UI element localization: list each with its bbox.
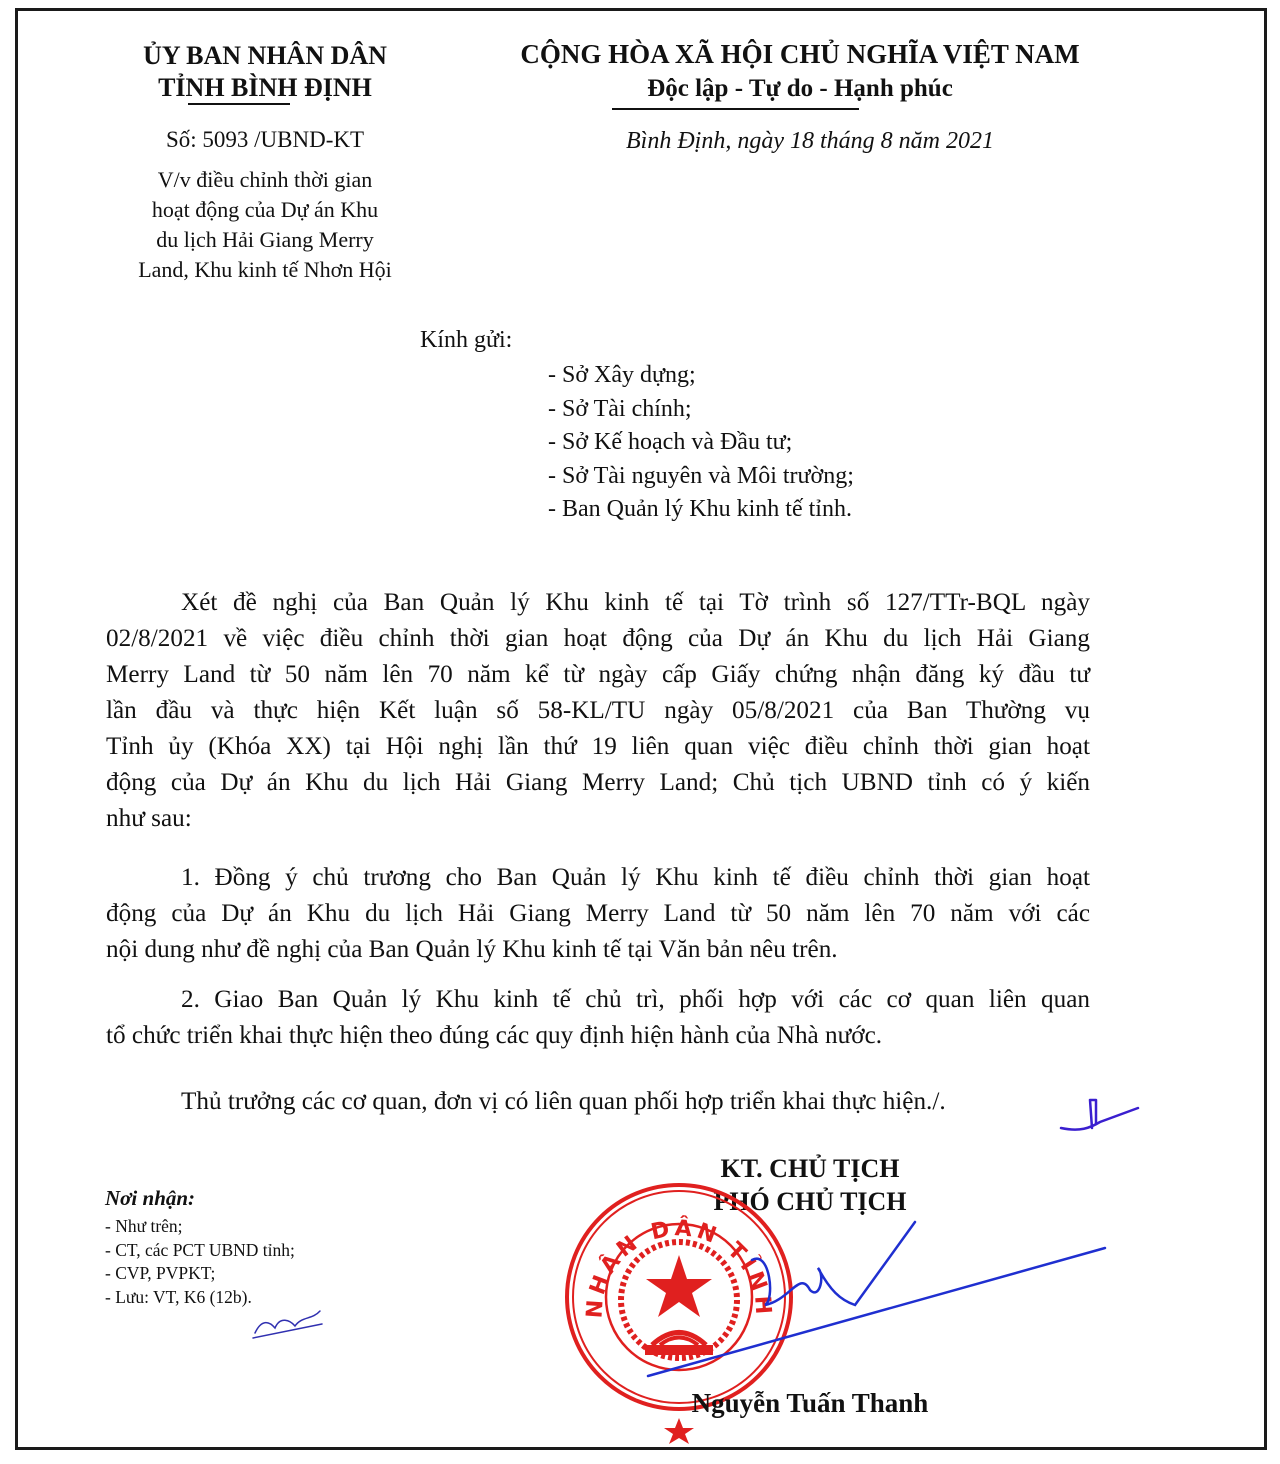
recipient-item: - Như trên; <box>105 1215 295 1239</box>
subject-line: Land, Khu kinh tế Nhơn Hội <box>100 255 430 285</box>
recipient-item: - CVP, PVPKT; <box>105 1262 295 1286</box>
authority-line-2: PHÓ CHỦ TỊCH <box>590 1185 1030 1218</box>
national-title: CỘNG HÒA XÃ HỘI CHỦ NGHĨA VIỆT NAM <box>495 38 1105 71</box>
organization-underline <box>188 103 290 105</box>
body-line: lần đầu và thực hiện Kết luận số 58-KL/T… <box>106 693 1090 729</box>
organization-line-2: TỈNH BÌNH ĐỊNH <box>100 72 430 104</box>
addressee-label: Kính gửi: <box>420 324 512 356</box>
addressee-item: - Ban Quản lý Khu kinh tế tỉnh. <box>548 493 854 527</box>
addressee-item: - Sở Kế hoạch và Đầu tư; <box>548 426 854 460</box>
authority-line-1: KT. CHỦ TỊCH <box>590 1152 1030 1185</box>
organization-line-1: ỦY BAN NHÂN DÂN <box>100 40 430 72</box>
body-line: động của Dự án Khu du lịch Hải Giang Mer… <box>106 765 1090 801</box>
place-and-date: Bình Định, ngày 18 tháng 8 năm 2021 <box>570 126 1050 156</box>
addressee-list: - Sở Xây dựng; - Sở Tài chính; - Sở Kế h… <box>548 359 854 527</box>
body-line: 2. Giao Ban Quản lý Khu kinh tế chủ trì,… <box>106 982 1090 1018</box>
body-line: Thủ trưởng các cơ quan, đơn vị có liên q… <box>106 1084 1090 1120</box>
body-line: tổ chức triển khai thực hiện theo đúng c… <box>106 1018 1090 1054</box>
document-subject: V/v điều chỉnh thời gian hoạt động của D… <box>100 165 430 285</box>
signer-name: Nguyễn Tuấn Thanh <box>600 1386 1020 1420</box>
recipient-item: - CT, các PCT UBND tỉnh; <box>105 1239 295 1263</box>
issuing-organization: ỦY BAN NHÂN DÂN TỈNH BÌNH ĐỊNH <box>100 40 430 104</box>
addressee-item: - Sở Xây dựng; <box>548 359 854 393</box>
body-line: như sau: <box>106 801 1090 837</box>
body-line: Tỉnh ủy (Khóa XX) tại Hội nghị lần thứ 1… <box>106 729 1090 765</box>
recipients-list: - Như trên; - CT, các PCT UBND tỉnh; - C… <box>105 1215 295 1309</box>
national-motto: Độc lập - Tự do - Hạnh phúc <box>495 72 1105 105</box>
motto-underline <box>612 108 859 110</box>
subject-line: V/v điều chỉnh thời gian <box>100 165 430 195</box>
body-item-1: 1. Đồng ý chủ trương cho Ban Quản lý Khu… <box>106 860 1090 968</box>
recipient-item: - Lưu: VT, K6 (12b). <box>105 1286 295 1310</box>
document-number: Số: 5093 /UBND-KT <box>100 125 430 155</box>
addressee-item: - Sở Tài nguyên và Môi trường; <box>548 460 854 494</box>
body-line: nội dung như đề nghị của Ban Quản lý Khu… <box>106 932 1090 968</box>
body-line: Xét đề nghị của Ban Quản lý Khu kinh tế … <box>106 585 1090 621</box>
signing-authority: KT. CHỦ TỊCH PHÓ CHỦ TỊCH <box>590 1152 1030 1218</box>
body-line: động của Dự án Khu du lịch Hải Giang Mer… <box>106 896 1090 932</box>
subject-line: du lịch Hải Giang Merry <box>100 225 430 255</box>
body-line: 1. Đồng ý chủ trương cho Ban Quản lý Khu… <box>106 860 1090 896</box>
addressee-item: - Sở Tài chính; <box>548 393 854 427</box>
closing-sentence: Thủ trưởng các cơ quan, đơn vị có liên q… <box>106 1084 1090 1120</box>
body-paragraph-1: Xét đề nghị của Ban Quản lý Khu kinh tế … <box>106 585 1090 837</box>
recipients-title: Nơi nhận: <box>105 1184 195 1212</box>
body-item-2: 2. Giao Ban Quản lý Khu kinh tế chủ trì,… <box>106 982 1090 1054</box>
body-line: Merry Land từ 50 năm lên 70 năm kể từ ng… <box>106 657 1090 693</box>
body-line: 02/8/2021 về việc điều chỉnh thời gian h… <box>106 621 1090 657</box>
subject-line: hoạt động của Dự án Khu <box>100 195 430 225</box>
